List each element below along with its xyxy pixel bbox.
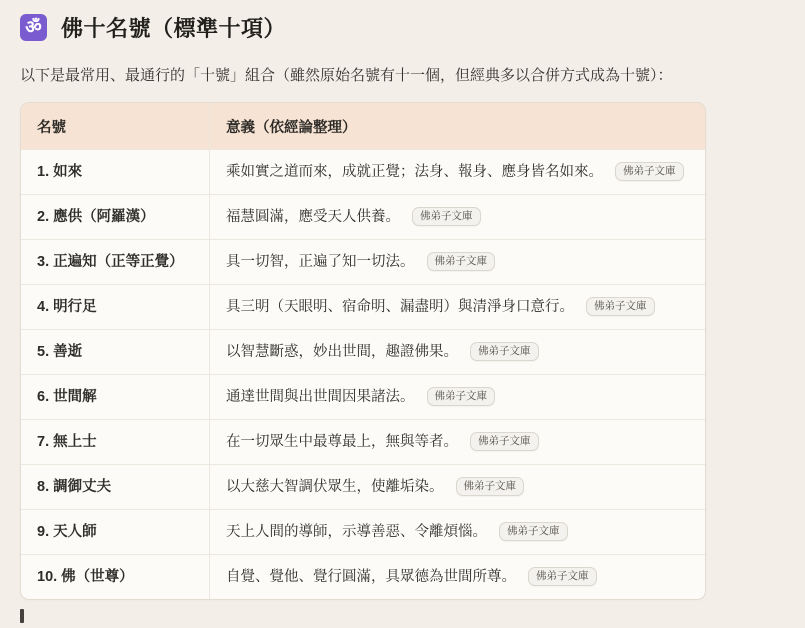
row-meaning-text: 福慧圓滿，應受天人供養。 (226, 209, 400, 225)
table-row: 9. 天人師 天上人間的導師，示導善惡、令離煩惱。 佛弟子文庫 (21, 509, 705, 554)
row-meaning-text: 天上人間的導師，示導善惡、令離煩惱。 (226, 524, 487, 540)
page-title: 佛十名號（標準十項） (61, 12, 286, 43)
row-meaning-text: 具三明（天眼明、宿命明、漏盡明）與清淨身口意行。 (226, 299, 574, 315)
row-name-cell: 8. 調御丈夫 (21, 464, 209, 509)
table-row: 4. 明行足 具三明（天眼明、宿命明、漏盡明）與清淨身口意行。 佛弟子文庫 (21, 284, 705, 329)
row-name-cell: 9. 天人師 (21, 509, 209, 554)
streaming-caret (20, 609, 24, 623)
row-name-cell: 5. 善逝 (21, 329, 209, 374)
buddha-names-table: 名號 意義（依經論整理） 1. 如來 乘如實之道而來，成就正覺；法身、報身、應身… (20, 102, 706, 600)
row-meaning-cell: 以智慧斷惑，妙出世間，趣證佛果。 佛弟子文庫 (209, 329, 705, 374)
row-meaning-text: 以大慈大智調伏眾生，使離垢染。 (226, 479, 444, 495)
row-meaning-cell: 天上人間的導師，示導善惡、令離煩惱。 佛弟子文庫 (209, 509, 705, 554)
row-meaning-cell: 乘如實之道而來，成就正覺；法身、報身、應身皆名如來。 佛弟子文庫 (209, 149, 705, 194)
row-name-cell: 3. 正遍知（正等正覺） (21, 239, 209, 284)
row-meaning-text: 具一切智，正遍了知一切法。 (226, 254, 415, 270)
row-meaning-cell: 具三明（天眼明、宿命明、漏盡明）與清淨身口意行。 佛弟子文庫 (209, 284, 705, 329)
row-meaning-cell: 通達世間與出世間因果諸法。 佛弟子文庫 (209, 374, 705, 419)
table-row: 3. 正遍知（正等正覺） 具一切智，正遍了知一切法。 佛弟子文庫 (21, 239, 705, 284)
row-meaning-text: 在一切眾生中最尊最上，無與等者。 (226, 434, 458, 450)
column-header-meaning: 意義（依經論整理） (209, 103, 705, 149)
row-meaning-cell: 福慧圓滿，應受天人供養。 佛弟子文庫 (209, 194, 705, 239)
row-meaning-text: 乘如實之道而來，成就正覺；法身、報身、應身皆名如來。 (226, 164, 603, 180)
table-row: 8. 調御丈夫 以大慈大智調伏眾生，使離垢染。 佛弟子文庫 (21, 464, 705, 509)
row-meaning-text: 以智慧斷惑，妙出世間，趣證佛果。 (226, 344, 458, 360)
chat-message-content: ॐ 佛十名號（標準十項） 以下是最常用、最通行的「十號」組合（雖然原始名號有十一… (0, 0, 805, 623)
row-meaning-cell: 以大慈大智調伏眾生，使離垢染。 佛弟子文庫 (209, 464, 705, 509)
citation-badge[interactable]: 佛弟子文庫 (456, 477, 525, 496)
row-meaning-cell: 具一切智，正遍了知一切法。 佛弟子文庫 (209, 239, 705, 284)
table-row: 2. 應供（阿羅漢） 福慧圓滿，應受天人供養。 佛弟子文庫 (21, 194, 705, 239)
citation-badge[interactable]: 佛弟子文庫 (499, 522, 568, 541)
row-name-cell: 4. 明行足 (21, 284, 209, 329)
row-name-cell: 2. 應供（阿羅漢） (21, 194, 209, 239)
column-header-name: 名號 (21, 103, 209, 149)
citation-badge[interactable]: 佛弟子文庫 (470, 342, 539, 361)
citation-badge[interactable]: 佛弟子文庫 (427, 252, 496, 271)
row-name-cell: 7. 無上士 (21, 419, 209, 464)
row-name-cell: 10. 佛（世尊） (21, 554, 209, 599)
table-row: 7. 無上士 在一切眾生中最尊最上，無與等者。 佛弟子文庫 (21, 419, 705, 464)
citation-badge[interactable]: 佛弟子文庫 (586, 297, 655, 316)
row-meaning-cell: 在一切眾生中最尊最上，無與等者。 佛弟子文庫 (209, 419, 705, 464)
table-row: 1. 如來 乘如實之道而來，成就正覺；法身、報身、應身皆名如來。 佛弟子文庫 (21, 149, 705, 194)
citation-badge[interactable]: 佛弟子文庫 (615, 162, 684, 181)
citation-badge[interactable]: 佛弟子文庫 (528, 567, 597, 586)
section-heading: ॐ 佛十名號（標準十項） (20, 12, 805, 43)
intro-paragraph: 以下是最常用、最通行的「十號」組合（雖然原始名號有十一個，但經典多以合併方式成為… (20, 63, 764, 88)
row-meaning-cell: 自覺、覺他、覺行圓滿，具眾德為世間所尊。 佛弟子文庫 (209, 554, 705, 599)
row-meaning-text: 通達世間與出世間因果諸法。 (226, 389, 415, 405)
citation-badge[interactable]: 佛弟子文庫 (470, 432, 539, 451)
table-row: 10. 佛（世尊） 自覺、覺他、覺行圓滿，具眾德為世間所尊。 佛弟子文庫 (21, 554, 705, 599)
row-name-cell: 1. 如來 (21, 149, 209, 194)
om-icon: ॐ (20, 14, 47, 41)
citation-badge[interactable]: 佛弟子文庫 (427, 387, 496, 406)
citation-badge[interactable]: 佛弟子文庫 (412, 207, 481, 226)
table-row: 6. 世間解 通達世間與出世間因果諸法。 佛弟子文庫 (21, 374, 705, 419)
table-header-row: 名號 意義（依經論整理） (21, 103, 705, 149)
table-body: 1. 如來 乘如實之道而來，成就正覺；法身、報身、應身皆名如來。 佛弟子文庫 2… (21, 149, 705, 599)
table-row: 5. 善逝 以智慧斷惑，妙出世間，趣證佛果。 佛弟子文庫 (21, 329, 705, 374)
row-meaning-text: 自覺、覺他、覺行圓滿，具眾德為世間所尊。 (226, 569, 516, 585)
row-name-cell: 6. 世間解 (21, 374, 209, 419)
